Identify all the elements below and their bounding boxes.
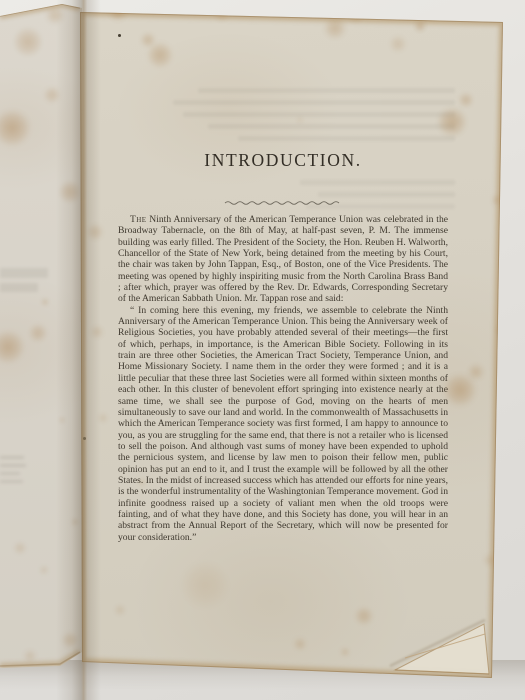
foxing-spot [13, 541, 27, 555]
foxing-spot [108, 2, 128, 22]
paragraph: The Ninth Anniversary of the American Te… [118, 214, 448, 305]
foxing-spot [458, 92, 474, 108]
foxing-spot [39, 565, 49, 575]
foxing-spot [340, 647, 350, 657]
foxing-spot [491, 194, 503, 206]
foxing-spot [28, 323, 48, 343]
foxing-spot [0, 108, 32, 148]
paragraph-lead: The [130, 214, 146, 225]
bleedthrough-line-ghost [183, 112, 455, 117]
foxing-spot [414, 20, 426, 32]
foxing-spot [323, 16, 347, 40]
foxing-spot [12, 26, 44, 58]
foxing-spot [467, 363, 485, 381]
right-page: INTRODUCTION. The Ninth Anniversary of t… [78, 8, 507, 682]
foxing-spot [0, 329, 26, 365]
bleedthrough-text-ghost [0, 283, 38, 292]
foxing-spot [114, 604, 126, 616]
foxing-spot [483, 553, 497, 567]
paragraph-body: Ninth Anniversary of the American Temper… [118, 214, 448, 304]
book-photograph: INTRODUCTION. The Ninth Anniversary of t… [0, 0, 525, 700]
bleedthrough-text-ghost [0, 480, 23, 483]
ink-speck [118, 34, 121, 37]
foxing-spot [414, 20, 426, 32]
foxing-spot [214, 6, 230, 22]
foxing-spot [354, 606, 374, 626]
foxing-spot [349, 9, 363, 23]
bleedthrough-text-ghost [0, 456, 24, 459]
bleedthrough-line-ghost [173, 100, 455, 105]
bleedthrough-line-ghost [208, 124, 455, 129]
foxing-spot [297, 117, 303, 123]
bleedthrough-line-ghost [238, 136, 455, 141]
bleedthrough-text-ghost [0, 464, 26, 467]
bleedthrough-line-ghost [300, 180, 455, 185]
book-gutter [56, 0, 108, 700]
bleedthrough-line-ghost [198, 88, 455, 93]
foxing-spot [41, 298, 49, 306]
paragraph-body: “ In coming here this evening, my friend… [118, 305, 448, 543]
decorative-rule [224, 194, 342, 202]
paragraph: “ In coming here this evening, my friend… [118, 305, 448, 543]
foxing-spot [495, 325, 505, 335]
foxing-spot [389, 35, 407, 53]
foxing-spot [146, 41, 174, 69]
foxing-spot [293, 637, 307, 651]
bleedthrough-text-ghost [0, 472, 20, 475]
foxing-spot [436, 106, 468, 138]
foxing-spot [179, 559, 231, 611]
foxing-spot [140, 32, 156, 48]
page-title: INTRODUCTION. [118, 150, 448, 171]
bleedthrough-text-ghost [0, 268, 48, 278]
foxing-spot [23, 649, 37, 663]
body-text: The Ninth Anniversary of the American Te… [118, 214, 448, 543]
